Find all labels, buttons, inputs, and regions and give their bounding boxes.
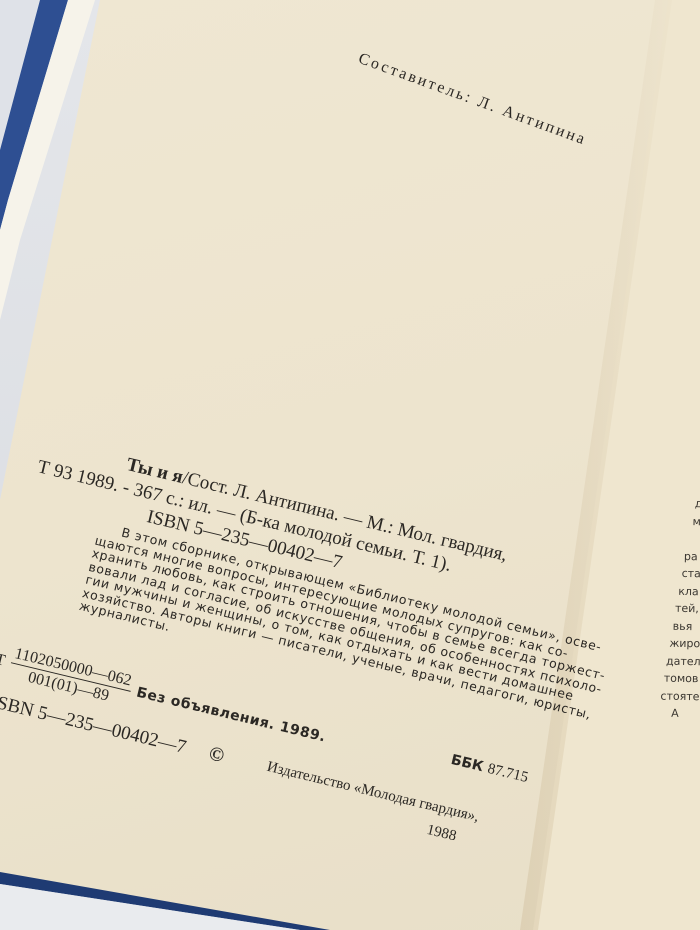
fragment: стояте <box>660 687 700 705</box>
fragment: жиро <box>669 635 700 653</box>
fragment <box>686 530 700 548</box>
fragment: ра <box>684 547 700 565</box>
fragment: томов <box>664 670 700 688</box>
fragment: тей, <box>675 600 700 618</box>
fragment: вья <box>673 617 700 635</box>
facing-page-text: д м ра ста кла тей, вья жиро дател томов… <box>683 495 700 723</box>
fragment: дател <box>666 652 700 670</box>
classification-letter: Т <box>0 650 7 671</box>
fragment: А <box>671 705 700 723</box>
fragment: ста <box>681 565 700 583</box>
fragment: м <box>686 512 700 530</box>
fragment: д <box>687 495 700 513</box>
fragment: кла <box>678 582 700 600</box>
photo-scene: Составитель: Л. Антипина Ты и я/Сост. Л.… <box>0 0 700 930</box>
